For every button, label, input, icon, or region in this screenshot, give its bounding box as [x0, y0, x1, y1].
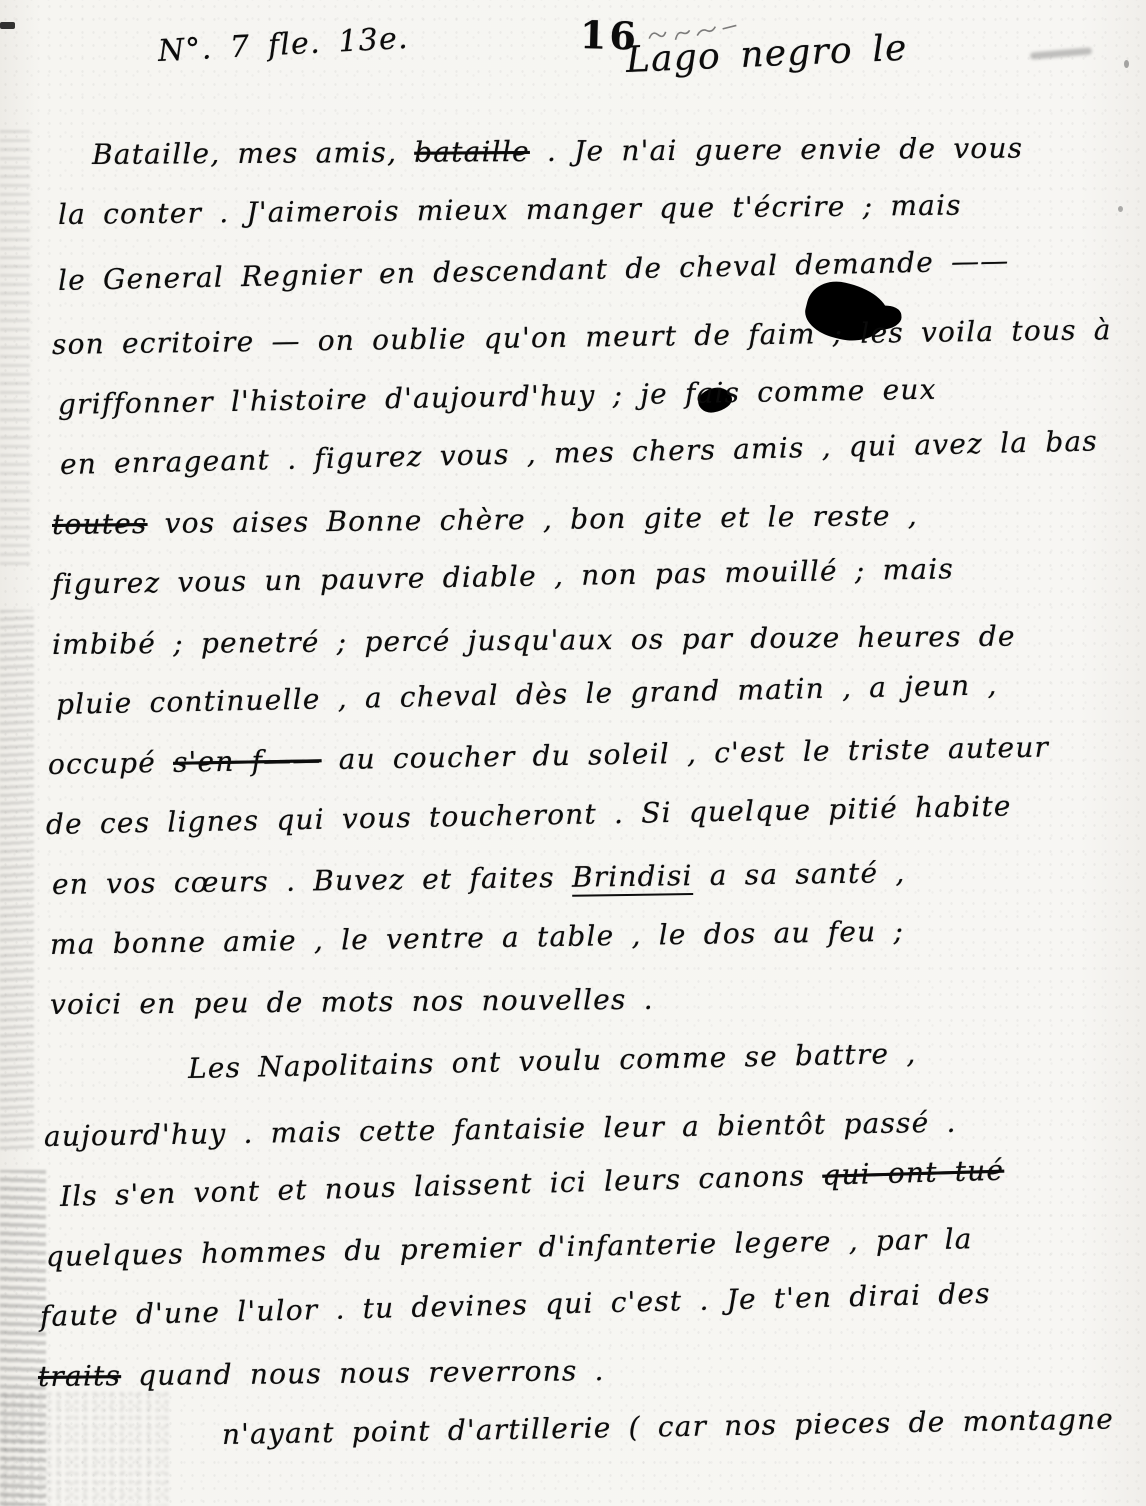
- letter-line: occupé s'en f—— au coucher du soleil , c…: [48, 731, 1050, 781]
- ink-speck: [1124, 60, 1129, 68]
- letter-line: n'ayant point d'artillerie ( car nos pie…: [222, 1402, 1115, 1451]
- letter-line: imbibé ; penetré ; percé jusqu'aux os pa…: [52, 620, 1016, 661]
- line-text: pluie continuelle , a cheval dès le gran…: [56, 668, 998, 721]
- line-text: au coucher du soleil , c'est le triste a…: [321, 731, 1049, 777]
- letter-line: griffonner l'histoire d'aujourd'huy ; je…: [58, 373, 937, 421]
- struck-word: toutes: [52, 507, 148, 541]
- scan-noise-streak: [0, 130, 30, 570]
- struck-word: bataille: [414, 135, 530, 169]
- line-text: son ecritoire — on oublie qu'on meurt de…: [52, 313, 1112, 361]
- letter-line: en enrageant . figurez vous , mes chers …: [60, 424, 1099, 481]
- letter-line: en vos cœurs . Buvez et faites Brindisi …: [52, 856, 906, 901]
- line-text: . Je n'ai guere envie de vous: [530, 131, 1024, 167]
- letter-line: figurez vous un pauvre diable , non pas …: [52, 552, 955, 601]
- line-text: occupé: [48, 746, 174, 781]
- line-text: de ces lignes qui vous toucheront . Si q…: [46, 789, 1012, 841]
- scan-noise-streak: [0, 610, 34, 1150]
- header-reference: N°. 7 fle. 13e.: [157, 21, 409, 69]
- letter-line: quelques hommes du premier d'infanterie …: [46, 1222, 973, 1273]
- line-text: la conter . J'aimerois mieux manger que …: [58, 189, 962, 231]
- letter-line: Les Napolitains ont voulu comme se battr…: [188, 1037, 917, 1085]
- line-text: n'ayant point d'artillerie ( car nos pie…: [222, 1402, 1115, 1451]
- line-text: en enrageant . figurez vous , mes chers …: [60, 424, 1099, 481]
- line-text: faute d'une l'ulor . tu devines qui c'es…: [40, 1277, 992, 1333]
- line-text: le General Regnier en descendant de chev…: [58, 244, 1010, 297]
- underlined-word: Brindisi: [572, 859, 693, 897]
- letter-line: ma bonne amie , le ventre a table , le d…: [50, 915, 905, 961]
- letter-line: son ecritoire — on oublie qu'on meurt de…: [52, 313, 1112, 361]
- struck-word: s'en f——: [173, 743, 322, 779]
- letter-line: de ces lignes qui vous toucheront . Si q…: [46, 789, 1012, 841]
- line-text: ma bonne amie , le ventre a table , le d…: [50, 915, 905, 961]
- letter-line: le General Regnier en descendant de chev…: [58, 244, 1010, 297]
- letter-line: aujourd'huy . mais cette fantaisie leur …: [44, 1106, 957, 1153]
- ink-speck: [1118, 206, 1123, 212]
- letter-line: la conter . J'aimerois mieux manger que …: [58, 189, 962, 231]
- letter-line: voici en peu de mots nos nouvelles .: [50, 983, 654, 1021]
- line-text: en vos cœurs . Buvez et faites: [52, 861, 572, 901]
- letter-line: pluie continuelle , a cheval dès le gran…: [56, 668, 998, 721]
- letter-line: toutes vos aises Bonne chère , bon gite …: [52, 499, 918, 541]
- line-text: quand nous nous reverrons .: [121, 1354, 605, 1392]
- letter-line: faute d'une l'ulor . tu devines qui c'es…: [40, 1277, 992, 1333]
- line-text: Ils s'en vont et nous laissent ici leurs…: [60, 1159, 823, 1213]
- line-text: imbibé ; penetré ; percé jusqu'aux os pa…: [52, 620, 1016, 661]
- line-text: Les Napolitains ont voulu comme se battr…: [188, 1037, 917, 1085]
- scan-noise-patch: [0, 1390, 170, 1506]
- letter-line: Ils s'en vont et nous laissent ici leurs…: [60, 1154, 1005, 1213]
- line-text: quelques hommes du premier d'infanterie …: [46, 1222, 973, 1273]
- line-text: a sa santé ,: [692, 856, 905, 892]
- manuscript-page: N°. 7 fle. 13e. 16 Lago negro le Bataill…: [0, 0, 1146, 1506]
- struck-word: traits: [38, 1359, 121, 1393]
- letter-line: Bataille, mes amis, bataille . Je n'ai g…: [92, 131, 1023, 171]
- line-text: Bataille, mes amis,: [92, 136, 414, 171]
- line-text: vos aises Bonne chère , bon gite et le r…: [147, 499, 918, 540]
- line-text: griffonner l'histoire d'aujourd'huy ; je…: [58, 373, 937, 421]
- struck-words: qui ont tué: [822, 1154, 1005, 1192]
- scan-noise-streak: [0, 1170, 46, 1506]
- edge-ink-mark: [0, 22, 15, 29]
- letter-line: traits quand nous nous reverrons .: [38, 1354, 605, 1393]
- line-text: voici en peu de mots nos nouvelles .: [50, 983, 654, 1021]
- line-text: figurez vous un pauvre diable , non pas …: [52, 552, 955, 601]
- line-text: aujourd'huy . mais cette fantaisie leur …: [44, 1106, 957, 1153]
- smudge-mark: [1030, 47, 1092, 59]
